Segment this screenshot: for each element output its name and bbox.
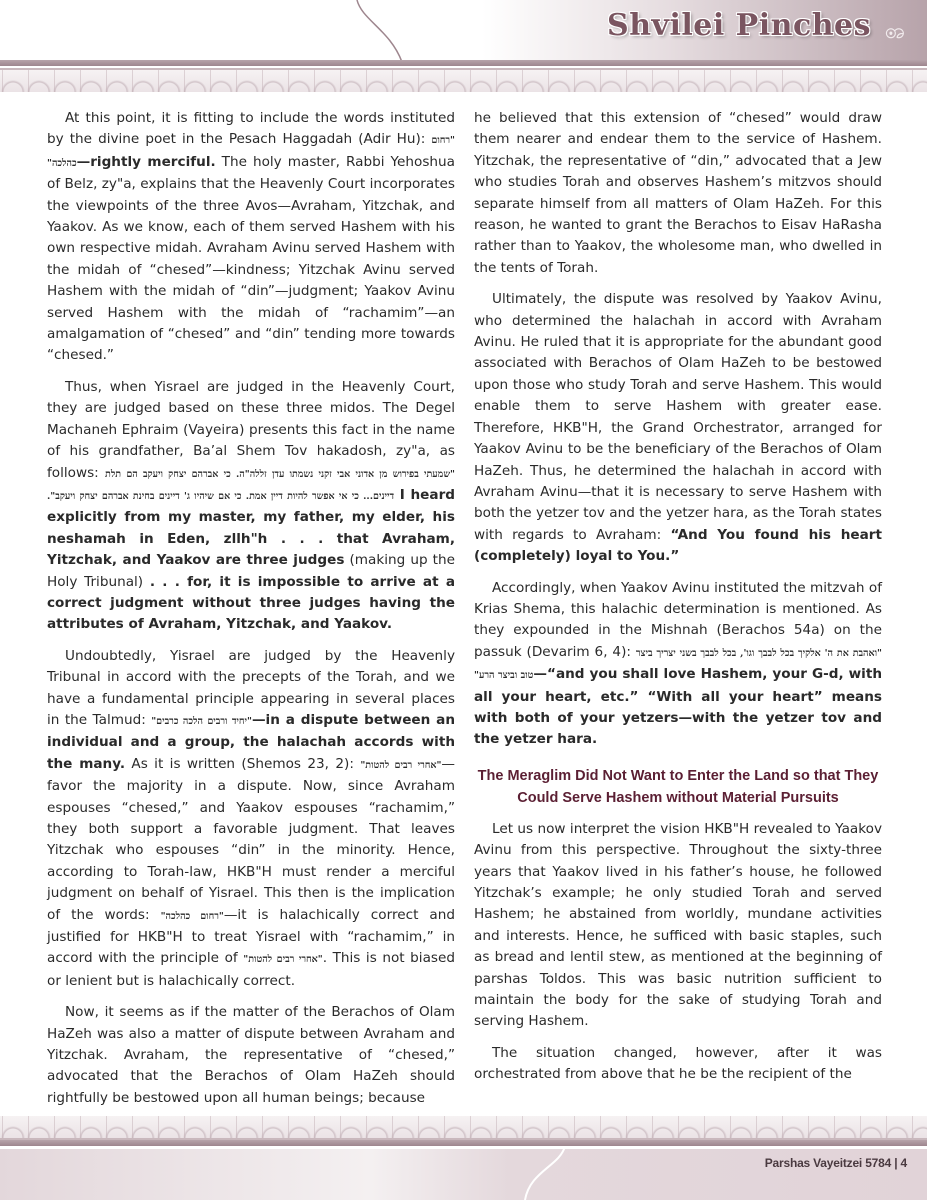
paragraph: he believed that this extension of “ches… <box>474 108 882 279</box>
paragraph: Now, it seems as if the matter of the Be… <box>47 1002 455 1109</box>
swirl-right-icon: ꩨ <box>885 16 905 49</box>
footer-rule <box>0 1140 927 1146</box>
body-text: Now, it seems as if the matter of the Be… <box>47 1004 455 1106</box>
paragraph: At this point, it is fitting to include … <box>47 108 455 367</box>
bold-translation: —rightly merciful. <box>77 154 216 170</box>
bold-translation: —“and you shall love Hashem, your G-d, w… <box>474 666 882 747</box>
hebrew-quote: "אחרי רבים להטות" <box>243 954 322 965</box>
body-text: Thus, when Yisrael are judged in the Hea… <box>47 379 455 481</box>
body-text: —favor the majority in a dispute. Now, s… <box>47 756 455 923</box>
hebrew-quote: "אחרי רבים להטות" <box>360 760 441 771</box>
body-text: The situation changed, however, after it… <box>474 1045 882 1082</box>
page-header: ꩨ Shvilei Pinches ꩨ <box>0 0 927 62</box>
body-text: Ultimately, the dispute was resolved by … <box>474 291 882 542</box>
publication-title: Shvilei Pinches <box>607 8 871 43</box>
paragraph: Thus, when Yisrael are judged in the Hea… <box>47 377 455 636</box>
body-text: The holy master, Rabbi Yehoshua of Belz,… <box>47 154 455 364</box>
right-column: he believed that this extension of “ches… <box>474 108 882 1096</box>
paragraph: The situation changed, however, after it… <box>474 1043 882 1086</box>
header-rule <box>0 60 927 66</box>
body-text: As it is written (Shemos 23, 2): <box>125 756 360 772</box>
body-text: Let us now interpret the vision HKB"H re… <box>474 821 882 1030</box>
paragraph: Undoubtedly, Yisrael are judged by the H… <box>47 646 455 993</box>
paragraph: Let us now interpret the vision HKB"H re… <box>474 819 882 1033</box>
hebrew-quote: "רחום כהלכה" <box>161 911 224 922</box>
left-column: At this point, it is fitting to include … <box>47 108 455 1119</box>
decorative-curve-icon <box>352 0 412 62</box>
paragraph: Accordingly, when Yaakov Avinu institute… <box>474 578 882 751</box>
paragraph: Ultimately, the dispute was resolved by … <box>474 289 882 567</box>
section-subheading: The Meraglim Did Not Want to Enter the L… <box>474 765 882 809</box>
body-text: he believed that this extension of “ches… <box>474 110 882 276</box>
issue-and-page-number: Parshas Vayeitzei 5784 | 4 <box>765 1156 907 1170</box>
body-text: At this point, it is fitting to include … <box>47 110 455 147</box>
footer-ornamental-border <box>0 1116 927 1138</box>
header-ornamental-border <box>0 70 927 92</box>
decorative-curve-icon <box>510 1146 570 1200</box>
hebrew-quote: "יחיד ורבים הלכה כרבים" <box>151 716 252 727</box>
